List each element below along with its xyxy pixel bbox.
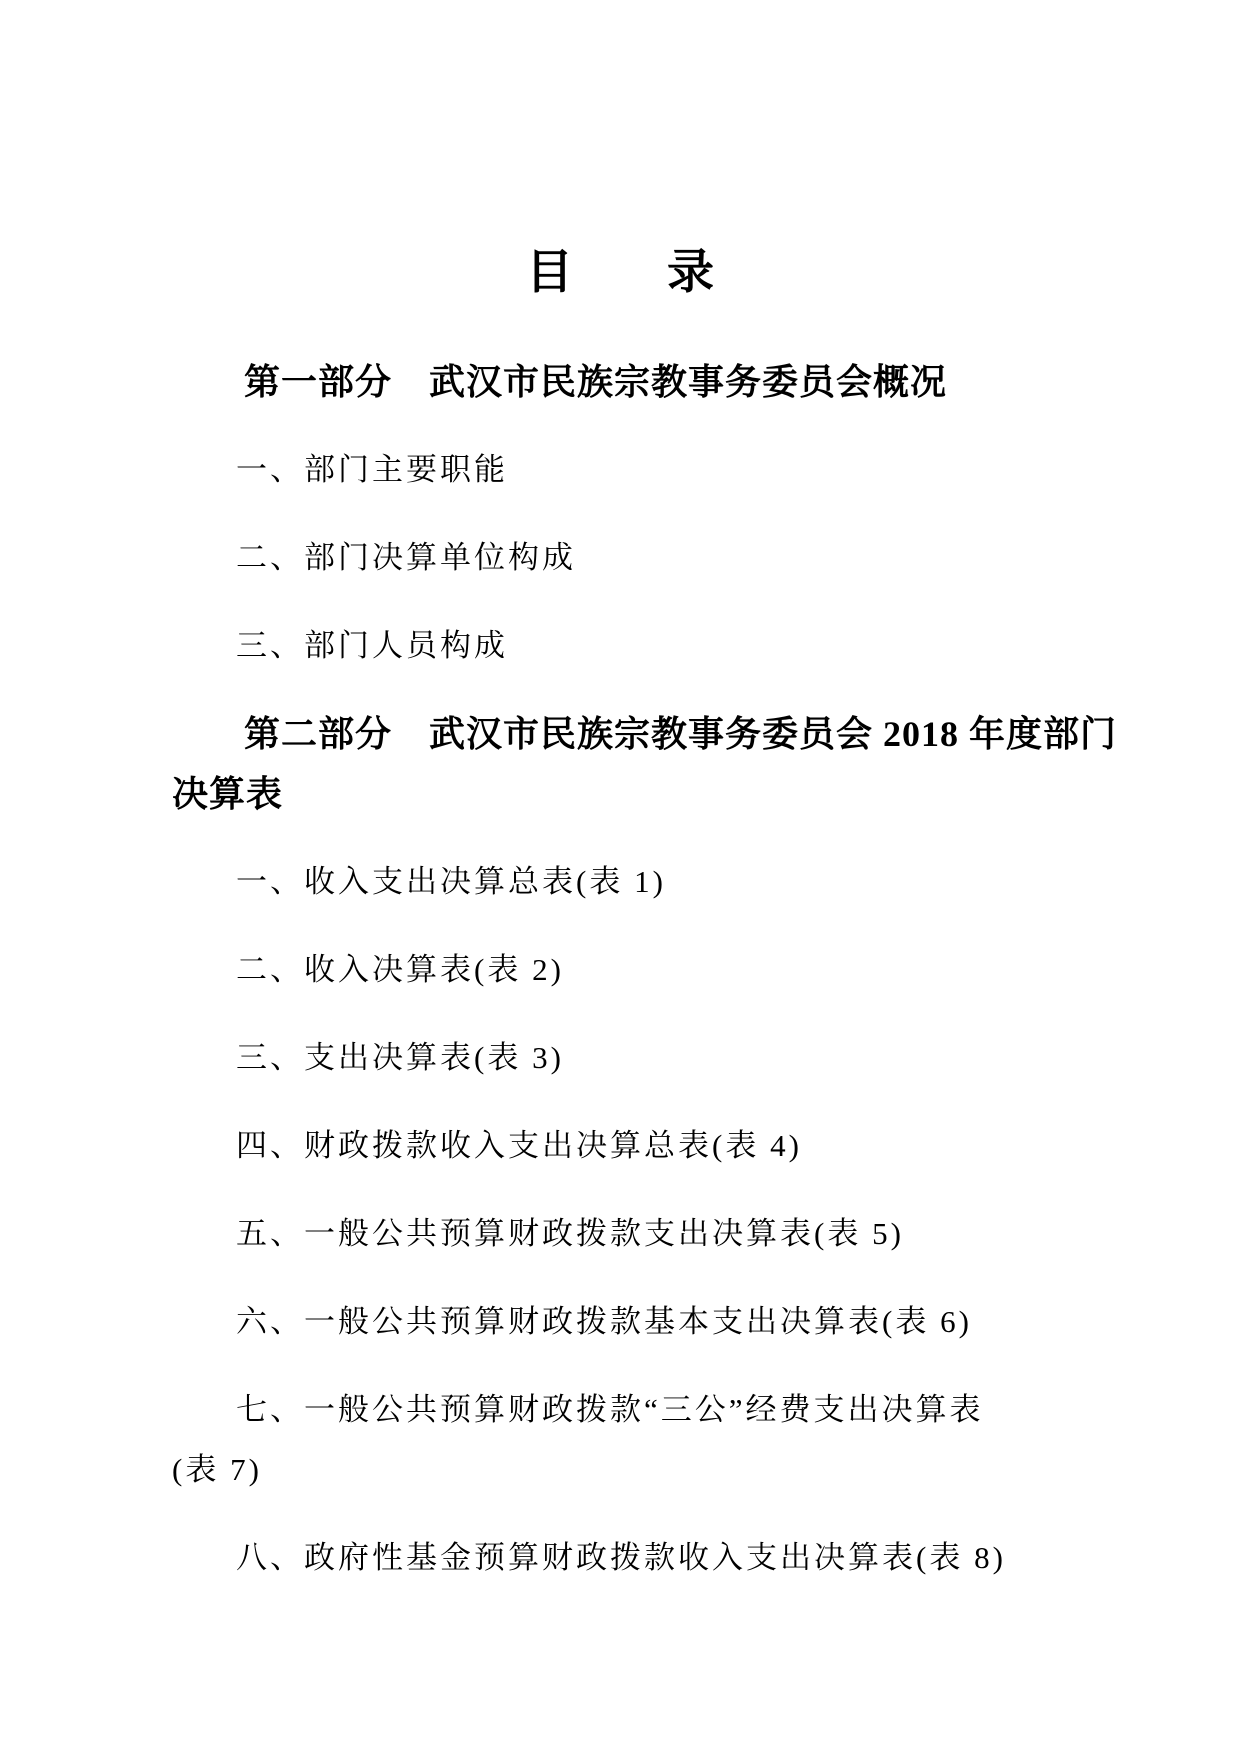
toc-item-part1-3: 三、部门人员构成	[172, 616, 1068, 676]
toc-item-part2-5: 五、一般公共预算财政拨款支出决算表(表 5)	[172, 1204, 1068, 1264]
doc-title: 目 录	[172, 0, 1068, 300]
part2-heading-line1: 第二部分 武汉市民族宗教事务委员会 2018 年度部门	[172, 704, 1068, 764]
toc-item-part2-2: 二、收入决算表(表 2)	[172, 940, 1068, 1000]
toc-item-part2-6: 六、一般公共预算财政拨款基本支出决算表(表 6)	[172, 1292, 1068, 1352]
toc-item-part2-8: 八、政府性基金预算财政拨款收入支出决算表(表 8)	[172, 1528, 1068, 1588]
toc-item-part1-1: 一、部门主要职能	[172, 440, 1068, 500]
toc-item-part2-7-line2: (表 7)	[172, 1440, 1068, 1500]
toc-page: 目 录 第一部分 武汉市民族宗教事务委员会概况 一、部门主要职能 二、部门决算单…	[0, 0, 1240, 1754]
toc-item-part2-3: 三、支出决算表(表 3)	[172, 1028, 1068, 1088]
toc-item-part2-4: 四、财政拨款收入支出决算总表(表 4)	[172, 1116, 1068, 1176]
toc-item-part2-7-line1: 七、一般公共预算财政拨款“三公”经费支出决算表	[172, 1380, 1068, 1440]
part1-heading: 第一部分 武汉市民族宗教事务委员会概况	[172, 352, 1068, 412]
part2-heading-line2: 决算表	[172, 764, 1068, 824]
toc-item-part2-1: 一、收入支出决算总表(表 1)	[172, 852, 1068, 912]
toc-item-part1-2: 二、部门决算单位构成	[172, 528, 1068, 588]
